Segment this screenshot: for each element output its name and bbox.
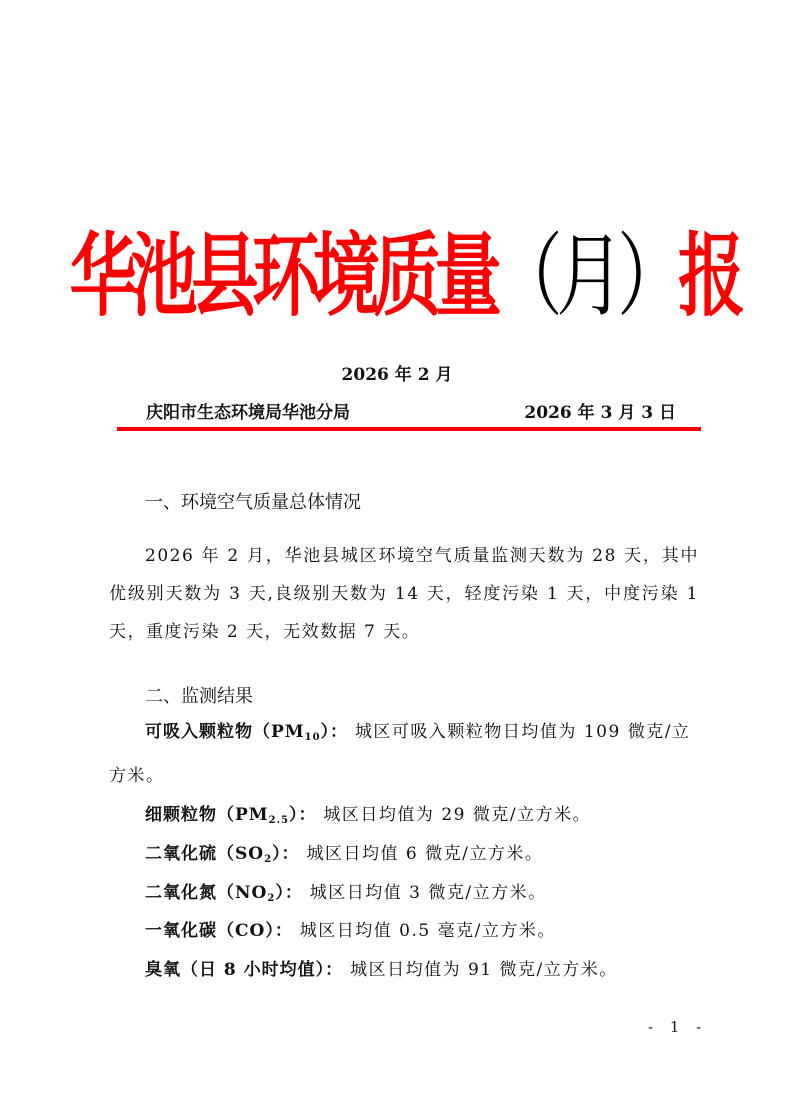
result-item-co: 一氧化碳（CO）： 城区日均值 0.5 毫克/立方米。 <box>145 916 556 941</box>
issue-date: 2026 年 3 月 3 日 <box>524 398 676 423</box>
item-label: 二氧化硫（SO2）： <box>145 844 300 864</box>
page-number: - 1 - <box>648 1018 707 1036</box>
result-item-o3: 臭氧（日 8 小时均值）： 城区日均值为 91 微克/立方米。 <box>145 955 618 980</box>
title-month: 月 <box>556 203 617 333</box>
overview-paragraph: 2026 年 2 月，华池县城区环境空气质量监测天数为 28 天，其中优级别天数… <box>109 537 699 651</box>
section-heading-overview: 一、环境空气质量总体情况 <box>145 488 361 514</box>
red-divider <box>117 427 701 431</box>
report-period: 2026 年 2 月 <box>0 360 794 385</box>
result-item-pm10: 可吸入颗粒物（PM10）： 城区可吸入颗粒物日均值为 109 微克/立方米。 <box>109 713 699 795</box>
item-text: 城区日均值 6 微克/立方米。 <box>306 844 543 864</box>
section-heading-results: 二、监测结果 <box>145 682 253 708</box>
item-label: 可吸入颗粒物（PM10）： <box>145 722 348 742</box>
item-text: 城区日均值 0.5 毫克/立方米。 <box>300 921 556 941</box>
item-text: 城区日均值为 29 微克/立方米。 <box>323 805 591 825</box>
title-paren-open: （ <box>496 203 557 333</box>
item-label: 臭氧（日 8 小时均值）： <box>145 960 343 980</box>
item-label: 细颗粒物（PM2.5）： <box>145 805 317 825</box>
item-label: 二氧化氮（NO2）： <box>145 883 303 903</box>
document-title: 华池县环境质量（月）报 <box>104 205 705 331</box>
result-item-so2: 二氧化硫（SO2）： 城区日均值 6 微克/立方米。 <box>145 839 543 865</box>
item-text: 城区日均值 3 微克/立方米。 <box>310 883 547 903</box>
item-text: 城区日均值为 91 微克/立方米。 <box>350 960 618 980</box>
item-label: 一氧化碳（CO）： <box>145 921 293 941</box>
issuer-row: 庆阳市生态环境局华池分局 2026 年 3 月 3 日 <box>146 398 676 423</box>
title-end: 报 <box>678 203 739 333</box>
result-item-pm25: 细颗粒物（PM2.5）： 城区日均值为 29 微克/立方米。 <box>145 800 591 826</box>
title-main: 华池县环境质量 <box>70 203 496 333</box>
result-item-no2: 二氧化氮（NO2）： 城区日均值 3 微克/立方米。 <box>145 878 547 904</box>
title-paren-close: ） <box>617 203 678 333</box>
issuer: 庆阳市生态环境局华池分局 <box>146 398 350 423</box>
